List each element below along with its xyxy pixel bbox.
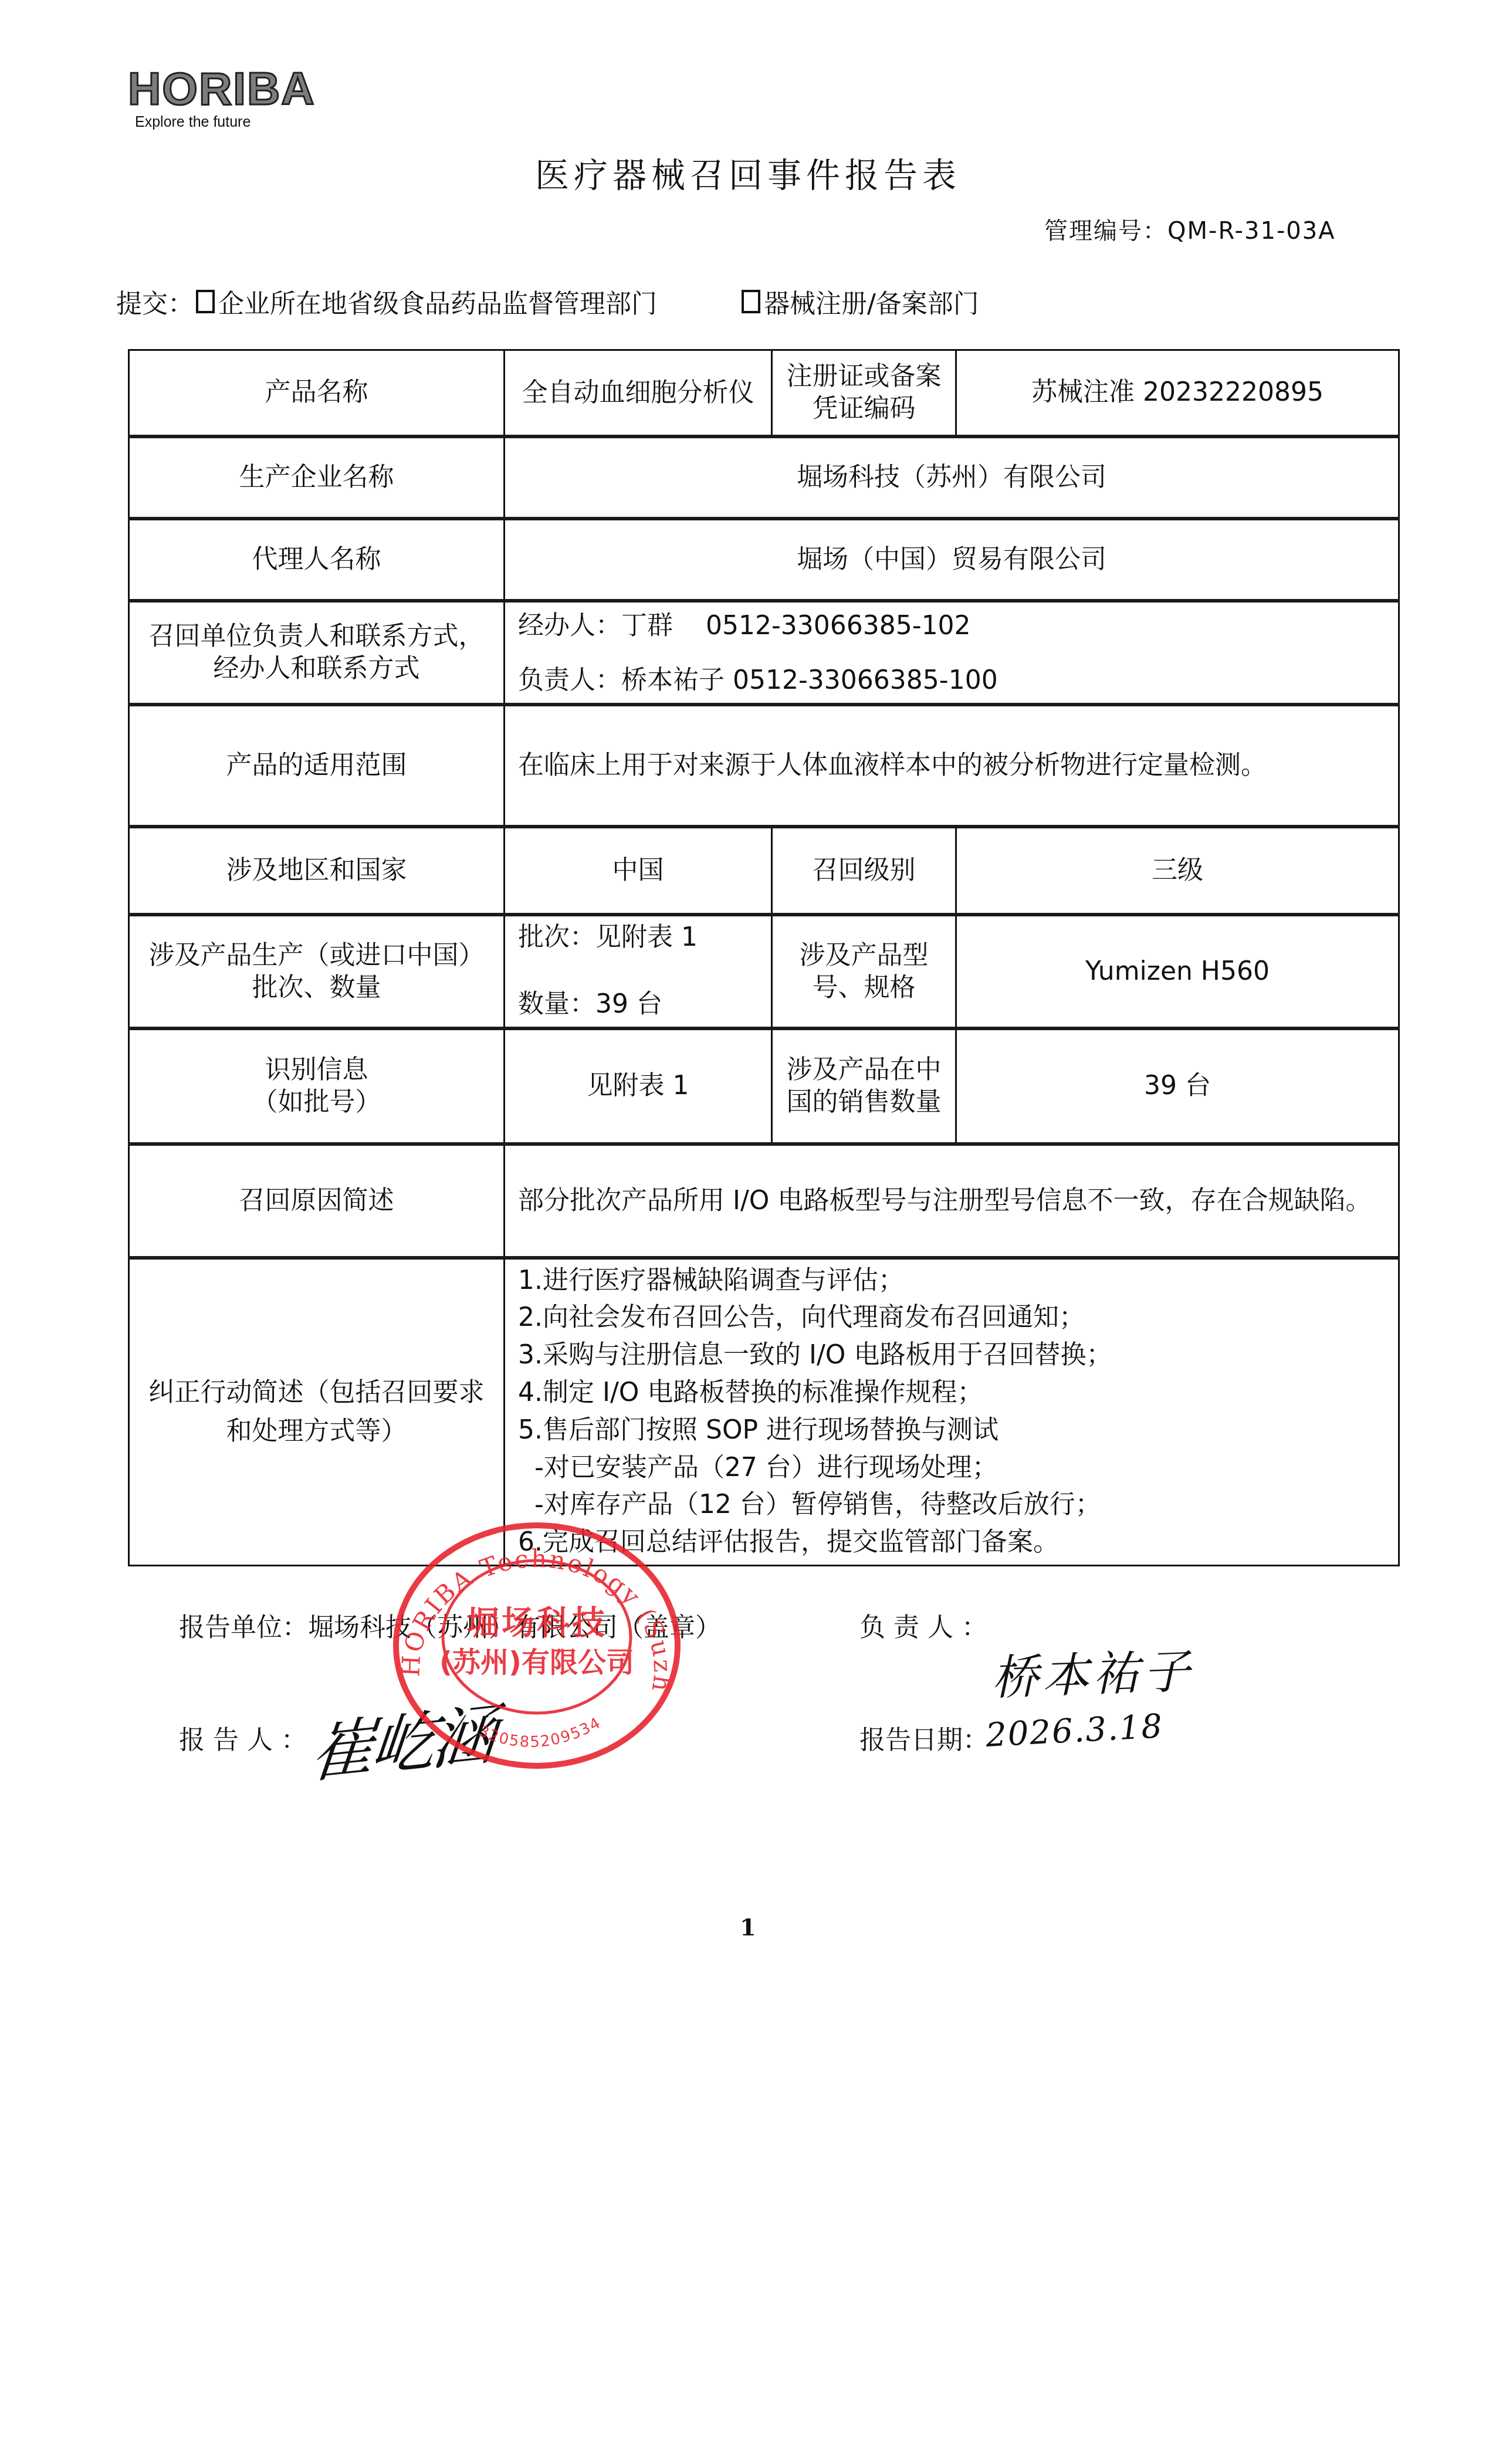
- value-manufacturer: 堀场科技（苏州）有限公司: [505, 436, 1399, 519]
- row-corrective-actions: 纠正行动简述（包括召回要求和处理方式等） 1.进行医疗器械缺陷调查与评估； 2.…: [129, 1258, 1399, 1566]
- value-model: Yumizen H560: [956, 915, 1399, 1028]
- quantity-value: 数量：39 台: [518, 986, 758, 1023]
- label-product-name: 产品名称: [129, 350, 505, 436]
- label-batch: 涉及产品生产（或进口中国）批次、数量: [129, 915, 505, 1028]
- batch-value: 批次：见附表 1: [518, 919, 758, 956]
- label-reason: 召回原因简述: [129, 1144, 505, 1258]
- label-registration: 注册证或备案凭证编码: [772, 350, 956, 436]
- checkbox-provincial-fda[interactable]: [196, 290, 215, 313]
- report-date: 2026.3.18: [985, 1707, 1165, 1755]
- label-contact: 召回单位负责人和联系方式，经办人和联系方式: [129, 601, 505, 705]
- value-contact: 经办人：丁群 0512-33066385-102 负责人：桥本祐子 0512-3…: [505, 601, 1399, 705]
- row-region: 涉及地区和国家 中国 召回级别 三级: [129, 827, 1399, 915]
- logo-wordmark: HORIBA: [128, 66, 316, 111]
- value-agent: 堀场（中国）贸易有限公司: [505, 519, 1399, 601]
- row-contact: 召回单位负责人和联系方式，经办人和联系方式 经办人：丁群 0512-330663…: [129, 601, 1399, 705]
- contact-responsible: 负责人：桥本祐子 0512-33066385-100: [518, 662, 1385, 699]
- submit-line: 提交： 企业所在地省级食品药品监督管理部门 器械注册/备案部门: [116, 283, 979, 320]
- identification-label-line1: 识别信息: [143, 1054, 490, 1086]
- label-manufacturer: 生产企业名称: [129, 436, 505, 519]
- responsible-signature: 桥本祐子: [990, 1633, 1194, 1708]
- label-agent: 代理人名称: [129, 519, 505, 601]
- label-model: 涉及产品型号、规格: [772, 915, 956, 1028]
- value-identification: 见附表 1: [505, 1028, 772, 1144]
- value-registration-number: 苏械注准 20232220895: [956, 350, 1399, 436]
- stamp-center-line1: 堀场科技: [466, 1604, 607, 1642]
- document-title: 医疗器械召回事件报告表: [0, 148, 1496, 197]
- checkbox-registration-dept[interactable]: [742, 290, 760, 313]
- company-logo: HORIBA Explore the future: [128, 66, 316, 131]
- corrective-action-item: 2.向社会发布召回公告，向代理商发布召回通知；: [518, 1299, 1385, 1336]
- row-product-name: 产品名称 全自动血细胞分析仪 注册证或备案凭证编码 苏械注准 202322208…: [129, 350, 1399, 436]
- page-number: 1: [0, 1914, 1496, 1941]
- row-reason: 召回原因简述 部分批次产品所用 I/O 电路板型号与注册型号信息不一致，存在合规…: [129, 1144, 1399, 1258]
- logo-tagline: Explore the future: [135, 114, 316, 131]
- row-scope: 产品的适用范围 在临床上用于对来源于人体血液样本中的被分析物进行定量检测。: [129, 705, 1399, 827]
- value-reason: 部分批次产品所用 I/O 电路板型号与注册型号信息不一致，存在合规缺陷。: [505, 1144, 1399, 1258]
- submit-label: 提交：: [116, 283, 194, 320]
- corrective-action-item: 5.售后部门按照 SOP 进行现场替换与测试: [518, 1412, 1385, 1449]
- corrective-action-item: 3.采购与注册信息一致的 I/O 电路板用于召回替换；: [518, 1336, 1385, 1374]
- company-seal-stamp: HORIBA Technology (Suzhou) Co.,LTD 32058…: [387, 1517, 686, 1775]
- corrective-action-item: 1.进行医疗器械缺陷调查与评估；: [518, 1262, 1385, 1299]
- value-region: 中国: [505, 827, 772, 915]
- recall-report-table: 产品名称 全自动血细胞分析仪 注册证或备案凭证编码 苏械注准 202322208…: [128, 349, 1400, 1566]
- value-scope: 在临床上用于对来源于人体血液样本中的被分析物进行定量检测。: [505, 705, 1399, 827]
- label-china-sales: 涉及产品在中国的销售数量: [772, 1028, 956, 1144]
- submit-option-provincial: 企业所在地省级食品药品监督管理部门: [218, 283, 657, 320]
- corrective-action-item: 4.制定 I/O 电路板替换的标准操作规程；: [518, 1374, 1385, 1412]
- value-china-sales: 39 台: [956, 1028, 1399, 1144]
- value-batch: 批次：见附表 1 数量：39 台: [505, 915, 772, 1028]
- label-region: 涉及地区和国家: [129, 827, 505, 915]
- stamp-center-line2: (苏州)有限公司: [439, 1646, 634, 1679]
- contact-handler: 经办人：丁群 0512-33066385-102: [518, 607, 1385, 645]
- reporter-label: 报告人：: [179, 1719, 315, 1756]
- label-identification: 识别信息 （如批号）: [129, 1028, 505, 1144]
- report-date-label: 报告日期：: [859, 1719, 989, 1756]
- management-number: 管理编号：QM-R-31-03A: [1044, 212, 1336, 246]
- identification-label-line2: （如批号）: [143, 1086, 490, 1118]
- row-agent: 代理人名称 堀场（中国）贸易有限公司: [129, 519, 1399, 601]
- corrective-action-subitem: -对已安装产品（27 台）进行现场处理；: [518, 1449, 1385, 1487]
- value-recall-level: 三级: [956, 827, 1399, 915]
- row-batch: 涉及产品生产（或进口中国）批次、数量 批次：见附表 1 数量：39 台 涉及产品…: [129, 915, 1399, 1028]
- row-manufacturer: 生产企业名称 堀场科技（苏州）有限公司: [129, 436, 1399, 519]
- row-identification: 识别信息 （如批号） 见附表 1 涉及产品在中国的销售数量 39 台: [129, 1028, 1399, 1144]
- responsible-label: 负责人：: [859, 1606, 996, 1644]
- submit-option-registration: 器械注册/备案部门: [764, 283, 979, 320]
- label-recall-level: 召回级别: [772, 827, 956, 915]
- label-scope: 产品的适用范围: [129, 705, 505, 827]
- value-product-name: 全自动血细胞分析仪: [505, 350, 772, 436]
